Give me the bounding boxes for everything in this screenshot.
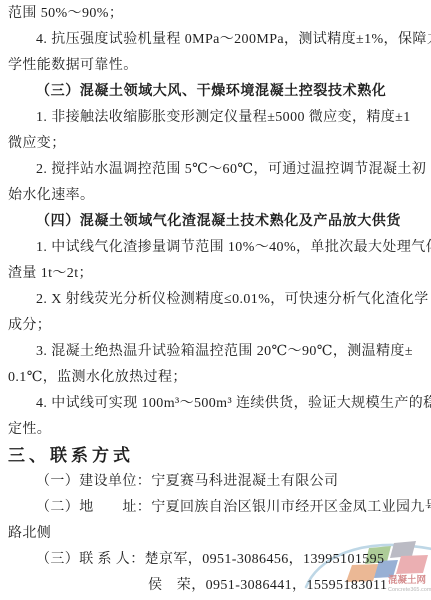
body-line: 4. 抗压强度试验机量程 0MPa～200MPa，测试精度±1%，保障力	[8, 27, 423, 53]
contact-person-2: 侯 荣，0951-3086441，15595183011	[8, 573, 423, 599]
body-line: 1. 中试线气化渣掺量调节范围 10%～40%，单批次最大处理气化	[8, 235, 423, 261]
heading-section-4: （四）混凝土领域气化渣混凝土技术熟化及产品放大供货	[8, 209, 423, 235]
document-body: 范围 50%～90%； 4. 抗压强度试验机量程 0MPa～200MPa，测试精…	[0, 0, 431, 599]
body-line: 渣量 1t～2t；	[8, 261, 423, 287]
contact-person-1: （三）联 系 人：楚京军，0951-3086456，13995101595	[8, 547, 423, 573]
body-line: 3. 混凝土绝热温升试验箱温控范围 20℃～90℃，测温精度±	[8, 339, 423, 365]
body-line: 范围 50%～90%；	[8, 1, 423, 27]
body-line: 2. X 射线荧光分析仪检测精度≤0.01%，可快速分析气化渣化学	[8, 287, 423, 313]
contact-address: （二）地 址：宁夏回族自治区银川市经开区金凤工业园九号	[8, 495, 423, 521]
body-line: 始水化速率。	[8, 183, 423, 209]
body-line: 2. 搅拌站水温调控范围 5℃～60℃，可通过温控调节混凝土初	[8, 157, 423, 183]
body-line: 定性。	[8, 417, 423, 443]
body-line: 1. 非接触法收缩膨胀变形测定仪量程±5000 微应变，精度±1	[8, 105, 423, 131]
document-page: 范围 50%～90%； 4. 抗压强度试验机量程 0MPa～200MPa，测试精…	[0, 0, 431, 600]
contact-builder: （一）建设单位：宁夏赛马科进混凝土有限公司	[8, 469, 423, 495]
body-line: 0.1℃，监测水化放热过程；	[8, 365, 423, 391]
contact-address-cont: 路北侧	[8, 521, 423, 547]
body-line: 学性能数据可靠性。	[8, 53, 423, 79]
heading-contact: 三、联系方式	[8, 443, 423, 469]
body-line: 4. 中试线可实现 100m³～500m³ 连续供货，验证大规模生产的稳	[8, 391, 423, 417]
body-line: 微应变；	[8, 131, 423, 157]
body-line: 成分；	[8, 313, 423, 339]
heading-section-3: （三）混凝土领域大风、干燥环境混凝土控裂技术熟化	[8, 79, 423, 105]
